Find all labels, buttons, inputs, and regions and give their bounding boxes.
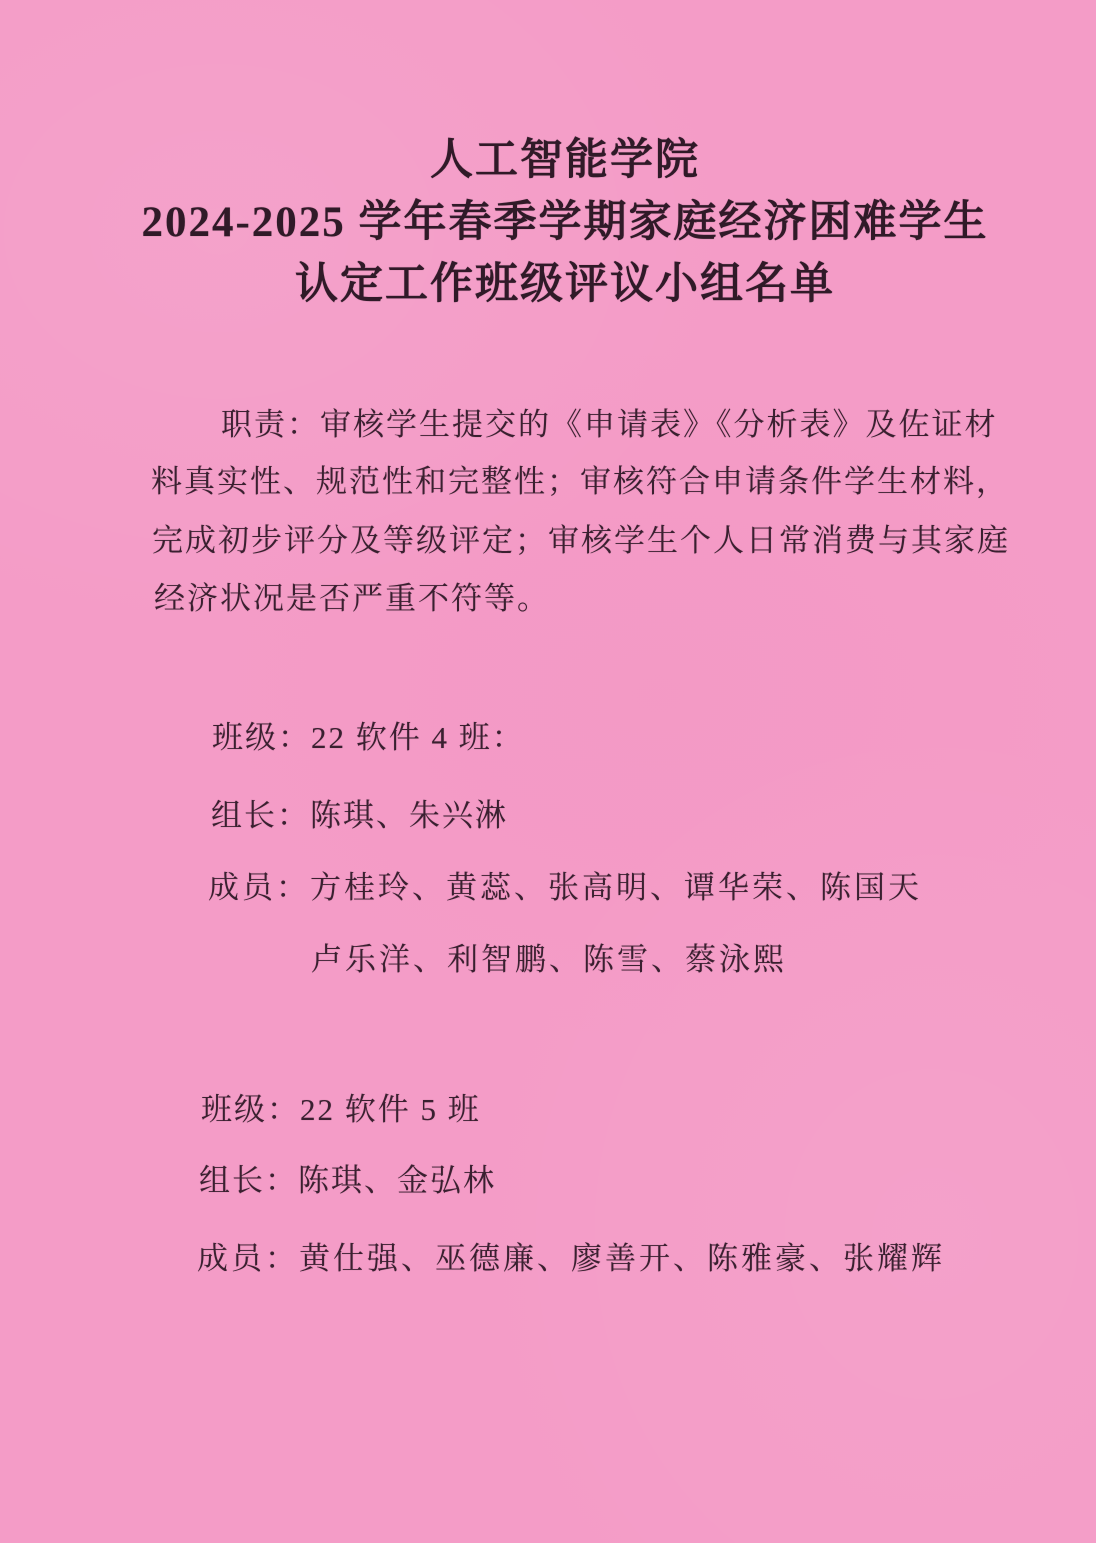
document-title: 人工智能学院 2024-2025 学年春季学期家庭经济困难学生 认定工作班级评议… xyxy=(34,130,1096,316)
scanned-page: 人工智能学院 2024-2025 学年春季学期家庭经济困难学生 认定工作班级评议… xyxy=(0,0,1096,1543)
group1-leader-line: 组长：陈琪、朱兴淋 xyxy=(211,790,508,835)
group1-members-line1: 成员：方桂玲、黄蕊、张高明、谭华荣、陈国天 xyxy=(208,862,922,907)
duties-paragraph-line-3: 完成初步评分及等级评定；审核学生个人日常消费与其家庭 xyxy=(152,515,1010,560)
group1-members-line2: 卢乐洋、利智鹏、陈雪、蔡泳熙 xyxy=(311,934,787,979)
title-line-semester: 2024-2025 学年春季学期家庭经济困难学生 xyxy=(34,192,1096,254)
duties-paragraph-line-4: 经济状况是否严重不符等。 xyxy=(154,573,550,618)
group2-class-line: 班级：22 软件 5 班 xyxy=(201,1084,481,1129)
title-line-subject: 认定工作班级评议小组名单 xyxy=(34,254,1096,316)
duties-paragraph-line-1: 职责：审核学生提交的《申请表》《分析表》及佐证材 xyxy=(221,399,998,444)
title-line-college: 人工智能学院 xyxy=(34,130,1096,192)
duties-paragraph-line-2: 料真实性、规范性和完整性；审核符合申请条件学生材料， xyxy=(151,456,1009,501)
group2-leader-line: 组长：陈琪、金弘林 xyxy=(199,1155,496,1200)
group2-members-line1: 成员：黄仕强、巫德廉、廖善开、陈雅豪、张耀辉 xyxy=(197,1233,945,1278)
group1-class-line: 班级：22 软件 4 班： xyxy=(212,712,525,757)
